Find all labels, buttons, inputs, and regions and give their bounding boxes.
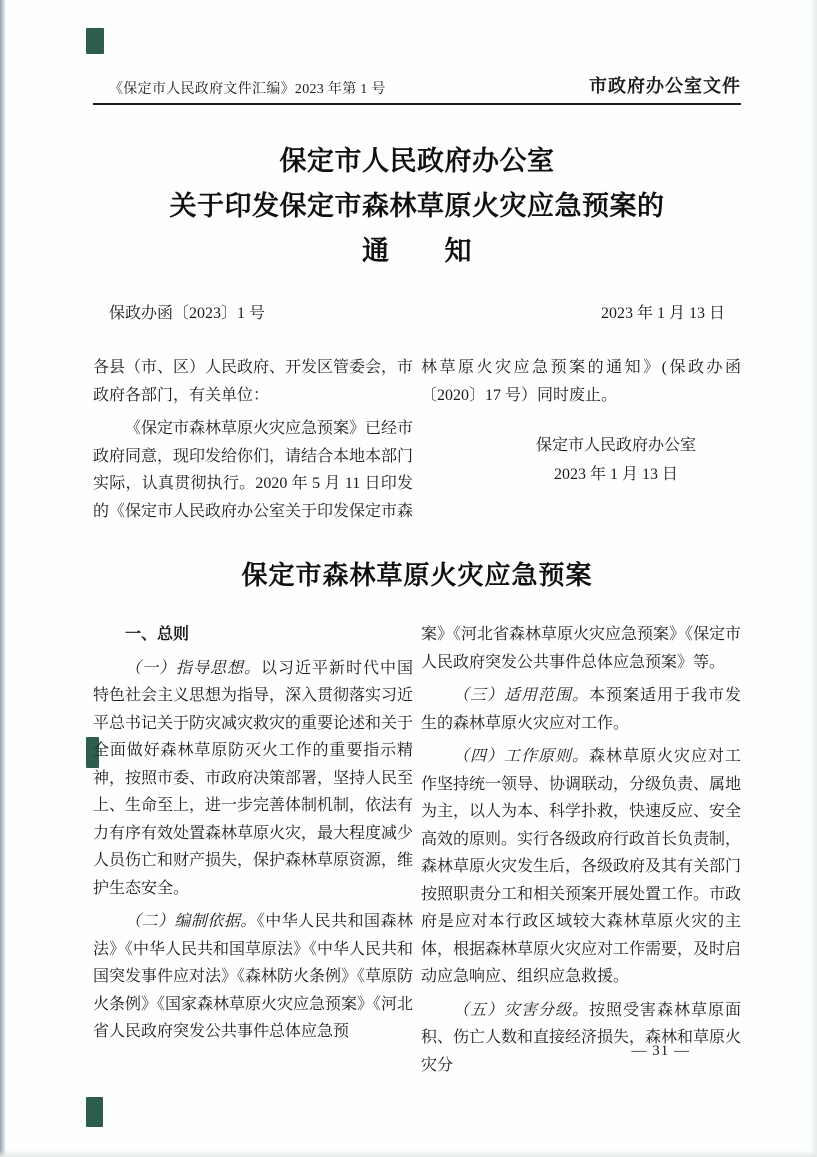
plan-left-column: 一、总则（一）指导思想。以习近平新时代中国特色社会主义思想为指导，深入贯彻落实习…: [93, 621, 413, 1079]
notice-right-column: 林草原火灾应急预案的通知》(保政办函〔2020〕17 号）同时废止。 保定市人民…: [421, 354, 741, 525]
notice-body: 各县（市、区）人民政府、开发区管委会，市政府各部门，有关单位：《保定市森林草原火…: [93, 354, 741, 525]
binding-mark-bottom: [86, 1097, 103, 1127]
paragraph: （四）工作原则。森林草原火灾应对工作坚持统一领导、协调联动，分级负责、属地为主，…: [421, 743, 741, 991]
signature-block: 保定市人民政府办公室 2023 年 1 月 13 日: [491, 431, 741, 489]
notice-title-line-2: 关于印发保定市森林草原火灾应急预案的: [93, 184, 741, 229]
plan-body: 一、总则（一）指导思想。以习近平新时代中国特色社会主义思想为指导，深入贯彻落实习…: [93, 621, 741, 1079]
notice-title-line-1: 保定市人民政府办公室: [93, 139, 741, 184]
scan-right-edge: [810, 0, 817, 1157]
paragraph: 案》《河北省森林草原火灾应急预案》《保定市人民政府突发公共事件总体应急预案》等。: [421, 621, 741, 676]
signature-date: 2023 年 1 月 13 日: [491, 460, 741, 489]
paragraph: （三）适用范围。本预案适用于我市发生的森林草原火灾应对工作。: [421, 682, 741, 737]
office-document-label: 市政府办公室文件: [589, 72, 741, 98]
notice-right-paragraphs: 林草原火灾应急预案的通知》(保政办函〔2020〕17 号）同时废止。: [421, 354, 741, 409]
header-rule: [93, 103, 741, 105]
page-number: — 31 —: [632, 1043, 691, 1060]
paragraph-head: （一）指导思想。: [125, 660, 261, 677]
paragraph-head: （四）工作原则。: [453, 748, 589, 765]
paragraph-head: （五）灾害分级。: [453, 1002, 589, 1019]
section-heading: 一、总则: [93, 621, 413, 649]
document-number: 保政办函〔2023〕1 号: [93, 300, 265, 323]
paragraph: （二）编制依据。《中华人民共和国森林法》《中华人民共和国草原法》《中华人民共和国…: [93, 908, 413, 1046]
notice-title-line-3: 通 知: [93, 229, 741, 274]
scan-left-edge: [0, 0, 6, 1157]
paragraph-head: （三）适用范围。: [453, 687, 589, 704]
signature-issuer: 保定市人民政府办公室: [491, 431, 741, 460]
notice-left-column: 各县（市、区）人民政府、开发区管委会，市政府各部门，有关单位：《保定市森林草原火…: [93, 354, 413, 525]
paragraph-head: （二）编制依据。: [125, 913, 257, 930]
paragraph: （一）指导思想。以习近平新时代中国特色社会主义思想为指导，深入贯彻落实习近平总书…: [93, 655, 413, 903]
document-number-row: 保政办函〔2023〕1 号 2023 年 1 月 13 日: [93, 300, 741, 323]
paragraph: 林草原火灾应急预案的通知》(保政办函〔2020〕17 号）同时废止。: [421, 354, 741, 409]
document-date: 2023 年 1 月 13 日: [601, 300, 741, 323]
paragraph: （五）灾害分级。按照受害森林草原面积、伤亡人数和直接经济损失，森林和草原火灾分: [421, 997, 741, 1080]
notice-title: 保定市人民政府办公室 关于印发保定市森林草原火灾应急预案的 通 知: [93, 139, 741, 274]
scan-bottom-edge: [0, 1150, 817, 1157]
plan-title: 保定市森林草原火灾应急预案: [93, 556, 741, 596]
page-content: 《保定市人民政府文件汇编》2023 年第 1 号 市政府办公室文件 保定市人民政…: [93, 0, 741, 1079]
plan-right-column: 案》《河北省森林草原火灾应急预案》《保定市人民政府突发公共事件总体应急预案》等。…: [421, 621, 741, 1079]
paragraph: 《保定市森林草原火灾应急预案》已经市政府同意，现印发给你们，请结合本地本部门实际…: [93, 415, 413, 525]
compilation-label: 《保定市人民政府文件汇编》2023 年第 1 号: [93, 78, 386, 98]
page-header: 《保定市人民政府文件汇编》2023 年第 1 号 市政府办公室文件: [93, 0, 741, 98]
scanned-document-page: 《保定市人民政府文件汇编》2023 年第 1 号 市政府办公室文件 保定市人民政…: [0, 0, 817, 1157]
paragraph: 各县（市、区）人民政府、开发区管委会，市政府各部门，有关单位：: [93, 354, 413, 409]
